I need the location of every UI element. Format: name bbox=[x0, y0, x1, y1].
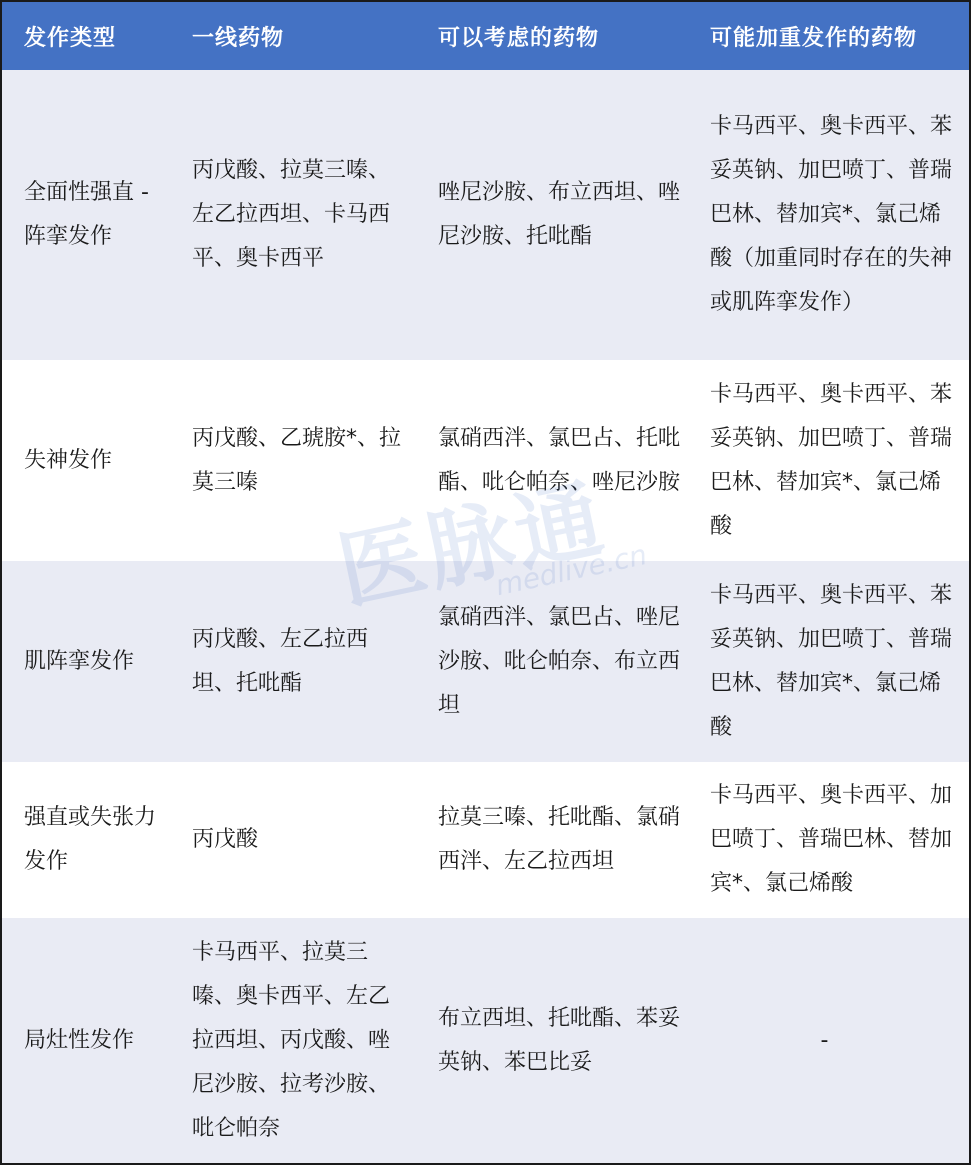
cell-may-worsen: 卡马西平、奥卡西平、苯妥英钠、加巴喷丁、普瑞巴林、替加宾*、氯己烯酸（加重同时存… bbox=[688, 70, 969, 360]
table-header: 发作类型 一线药物 可以考虑的药物 可能加重发作的药物 bbox=[2, 2, 969, 70]
header-may-worsen: 可能加重发作的药物 bbox=[688, 2, 969, 70]
header-row: 发作类型 一线药物 可以考虑的药物 可能加重发作的药物 bbox=[2, 2, 969, 70]
table-row: 失神发作 丙戊酸、乙琥胺*、拉莫三嗪 氯硝西泮、氯巴占、托吡酯、吡仑帕奈、唑尼沙… bbox=[2, 360, 969, 561]
table-row: 肌阵挛发作 丙戊酸、左乙拉西坦、托吡酯 氯硝西泮、氯巴占、唑尼沙胺、吡仑帕奈、布… bbox=[2, 561, 969, 762]
cell-may-worsen: - bbox=[688, 918, 969, 1163]
cell-consider: 氯硝西泮、氯巴占、唑尼沙胺、吡仑帕奈、布立西坦 bbox=[416, 561, 688, 762]
cell-first-line: 丙戊酸 bbox=[170, 762, 416, 918]
table-body: 全面性强直 - 阵挛发作 丙戊酸、拉莫三嗪、左乙拉西坦、卡马西平、奥卡西平 唑尼… bbox=[2, 70, 969, 1163]
cell-first-line: 丙戊酸、左乙拉西坦、托吡酯 bbox=[170, 561, 416, 762]
drug-table-frame: 发作类型 一线药物 可以考虑的药物 可能加重发作的药物 全面性强直 - 阵挛发作… bbox=[2, 2, 969, 1163]
cell-may-worsen: 卡马西平、奥卡西平、苯妥英钠、加巴喷丁、普瑞巴林、替加宾*、氯己烯酸 bbox=[688, 561, 969, 762]
cell-may-worsen: 卡马西平、奥卡西平、加巴喷丁、普瑞巴林、替加宾*、氯己烯酸 bbox=[688, 762, 969, 918]
header-first-line: 一线药物 bbox=[170, 2, 416, 70]
seizure-drug-table: 发作类型 一线药物 可以考虑的药物 可能加重发作的药物 全面性强直 - 阵挛发作… bbox=[2, 2, 969, 1163]
cell-consider: 布立西坦、托吡酯、苯妥英钠、苯巴比妥 bbox=[416, 918, 688, 1163]
cell-seizure-type: 全面性强直 - 阵挛发作 bbox=[2, 70, 170, 360]
cell-first-line: 丙戊酸、拉莫三嗪、左乙拉西坦、卡马西平、奥卡西平 bbox=[170, 70, 416, 360]
table-row: 强直或失张力发作 丙戊酸 拉莫三嗪、托吡酯、氯硝西泮、左乙拉西坦 卡马西平、奥卡… bbox=[2, 762, 969, 918]
cell-seizure-type: 局灶性发作 bbox=[2, 918, 170, 1163]
cell-may-worsen: 卡马西平、奥卡西平、苯妥英钠、加巴喷丁、普瑞巴林、替加宾*、氯己烯酸 bbox=[688, 360, 969, 561]
cell-seizure-type: 失神发作 bbox=[2, 360, 170, 561]
cell-first-line: 丙戊酸、乙琥胺*、拉莫三嗪 bbox=[170, 360, 416, 561]
cell-seizure-type: 肌阵挛发作 bbox=[2, 561, 170, 762]
header-seizure-type: 发作类型 bbox=[2, 2, 170, 70]
table-row: 全面性强直 - 阵挛发作 丙戊酸、拉莫三嗪、左乙拉西坦、卡马西平、奥卡西平 唑尼… bbox=[2, 70, 969, 360]
cell-consider: 拉莫三嗪、托吡酯、氯硝西泮、左乙拉西坦 bbox=[416, 762, 688, 918]
table-row: 局灶性发作 卡马西平、拉莫三嗪、奥卡西平、左乙拉西坦、丙戊酸、唑尼沙胺、拉考沙胺… bbox=[2, 918, 969, 1163]
cell-consider: 氯硝西泮、氯巴占、托吡酯、吡仑帕奈、唑尼沙胺 bbox=[416, 360, 688, 561]
header-consider: 可以考虑的药物 bbox=[416, 2, 688, 70]
cell-first-line: 卡马西平、拉莫三嗪、奥卡西平、左乙拉西坦、丙戊酸、唑尼沙胺、拉考沙胺、吡仑帕奈 bbox=[170, 918, 416, 1163]
cell-consider: 唑尼沙胺、布立西坦、唑尼沙胺、托吡酯 bbox=[416, 70, 688, 360]
cell-seizure-type: 强直或失张力发作 bbox=[2, 762, 170, 918]
